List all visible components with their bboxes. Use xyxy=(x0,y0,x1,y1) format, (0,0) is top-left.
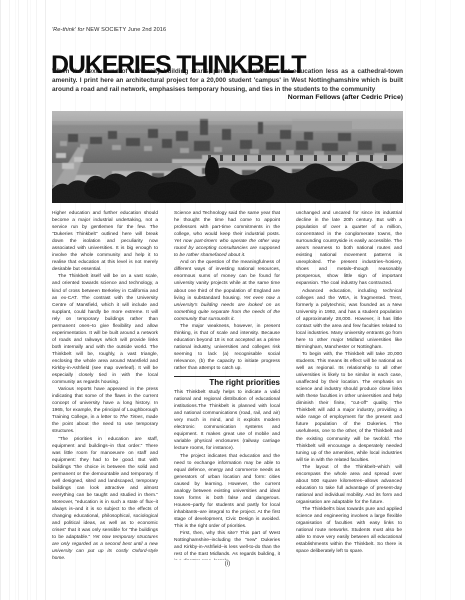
column-1: Higher education and further education s… xyxy=(52,210,158,560)
byline: Norman Fellows (after Cedric Price) xyxy=(52,94,403,101)
text-run: Yet now part-timers who operate the othe… xyxy=(174,239,280,258)
paragraph: The layout of the Thinkbelt–which will e… xyxy=(296,464,402,506)
paragraph: The Thinkbelt's bias towards pure and ap… xyxy=(296,506,402,555)
masthead-issue: NEW SOCIETY June 2nd 2016 xyxy=(84,27,166,33)
paragraph: Science and Technology said the same yea… xyxy=(174,210,280,259)
text-run: The Thinkbelt itself will be on a vast s… xyxy=(52,274,158,385)
paragraph: And on the question of the meaningfulnes… xyxy=(174,259,280,322)
text-run: The Thinkbelt's bias towards pure and ap… xyxy=(296,507,402,554)
text-run: Advanced education, including technical … xyxy=(296,289,402,350)
text-run: unchanged and uncared for since its indu… xyxy=(296,211,402,286)
paragraph: The Thinkbelt itself will be on a vast s… xyxy=(52,273,158,386)
paragraph: Various reports have appeared in the pre… xyxy=(52,386,158,435)
paragraph: Advanced education, including technical … xyxy=(296,288,402,351)
text-run: "The priorities in education are staff, … xyxy=(52,437,158,541)
paragraph: First, then, why this site? This part of… xyxy=(174,530,280,560)
masthead: 'Re-think' for NEW SOCIETY June 2nd 2016 xyxy=(52,27,166,33)
paragraph: "The priorities in education are staff, … xyxy=(52,436,158,561)
paragraph: This Thinkbelt study helps to indicate a… xyxy=(174,389,280,452)
page-number: (i) xyxy=(52,560,403,567)
text-run: Higher education and further education s… xyxy=(52,211,158,272)
column-2: Science and Technology said the same yea… xyxy=(174,210,280,560)
text-run: The major weakness, however, in present … xyxy=(174,324,280,371)
magazine-page: 'Re-think' for NEW SOCIETY June 2nd 2016… xyxy=(0,0,465,600)
text-run: This Thinkbelt study helps to indicate a… xyxy=(174,390,280,451)
paragraph: Higher education and further education s… xyxy=(52,210,158,273)
masthead-prefix: 'Re-think' for xyxy=(52,27,84,33)
text-run: The layout of the Thinkbelt–which will e… xyxy=(296,465,402,505)
paragraph: unchanged and uncared for since its indu… xyxy=(296,210,402,288)
section-heading: The right priorities xyxy=(174,376,280,387)
paragraph: The major weakness, however, in present … xyxy=(174,323,280,372)
text-run: And on the question of the meaningfulnes… xyxy=(174,260,280,300)
text-run: The Times xyxy=(119,415,142,420)
townscape-photo xyxy=(52,111,403,203)
article-body: Higher education and further education s… xyxy=(52,210,403,560)
paragraph: The project indicates that education and… xyxy=(174,453,280,531)
column-3: unchanged and uncared for since its indu… xyxy=(296,210,402,560)
intro-standfirst: When the next round of university buildi… xyxy=(52,67,403,94)
text-run: To begin with, the Thinkbelt will take 2… xyxy=(296,352,402,463)
paragraph: To begin with, the Thinkbelt will take 2… xyxy=(296,351,402,464)
text-run: First, then, why this site? This part of… xyxy=(174,531,280,560)
text-run: The project indicates that education and… xyxy=(174,454,280,529)
text-run: Science and Technology said the same yea… xyxy=(174,211,280,237)
page-edge-texture xyxy=(0,0,46,600)
